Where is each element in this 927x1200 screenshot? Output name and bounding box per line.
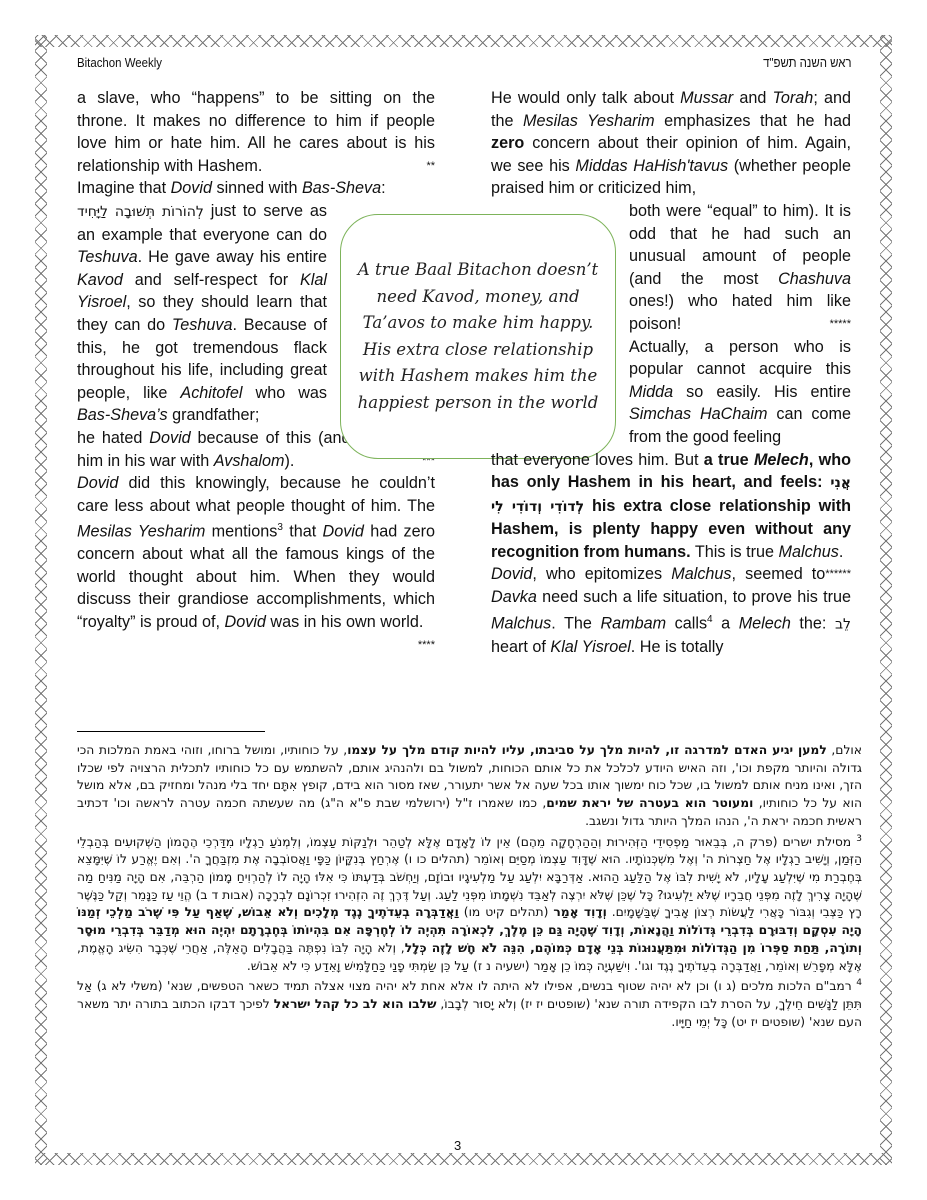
section-stars: ****** bbox=[825, 563, 851, 586]
paragraph: Dovid, who epitomizes Malchus, seemed to… bbox=[491, 563, 851, 658]
footnote-separator bbox=[77, 731, 265, 732]
hebrew-phrase: לְהוֹרוֹת תְּשׁוּבָה לַיָּחִיד bbox=[77, 204, 204, 220]
footnote-number: 4 bbox=[856, 978, 862, 988]
wrapped-text-block: לְהוֹרוֹת תְּשׁוּבָה לַיָּחִיד just to s… bbox=[77, 200, 327, 427]
footnote-number: 3 bbox=[856, 834, 862, 844]
hebrew-phrase: לֵב bbox=[835, 616, 851, 632]
issue-title-hebrew: ראש השנה תשפ"ד bbox=[764, 55, 852, 70]
footnote-4: 4 רמב"ם הלכות מלכים (ג ו) וכן לא יהיה שט… bbox=[77, 975, 862, 1031]
section-stars: ** bbox=[426, 155, 435, 178]
paragraph: Imagine that Dovid sinned with Bas-Sheva… bbox=[77, 177, 435, 200]
paragraph: He would only talk about Mussar and Tora… bbox=[491, 87, 851, 200]
paragraph: a slave, who “happens” to be sitting on … bbox=[77, 87, 435, 177]
footnote-continuation: אולם, למען יגיע האדם למדרגה זו, להיות מל… bbox=[77, 742, 862, 831]
wrapped-text-block: both were “equal” to him). It is odd tha… bbox=[629, 200, 851, 449]
publication-title: Bitachon Weekly bbox=[77, 55, 162, 70]
right-column: He would only talk about Mussar and Tora… bbox=[491, 87, 851, 658]
section-stars: ***** bbox=[830, 313, 851, 336]
footnotes: אולם, למען יגיע האדם למדרגה זו, להיות מל… bbox=[77, 742, 862, 1031]
footnote-3: 3 מסילת ישרים (פרק ה, בְּבֵאוּר מַפְסִיד… bbox=[77, 831, 862, 976]
paragraph: that everyone loves him. But a true Mele… bbox=[491, 449, 851, 564]
paragraph: Dovid did this knowingly, because he cou… bbox=[77, 472, 435, 634]
section-stars: **** bbox=[418, 634, 435, 657]
page-number: 3 bbox=[454, 1138, 461, 1153]
